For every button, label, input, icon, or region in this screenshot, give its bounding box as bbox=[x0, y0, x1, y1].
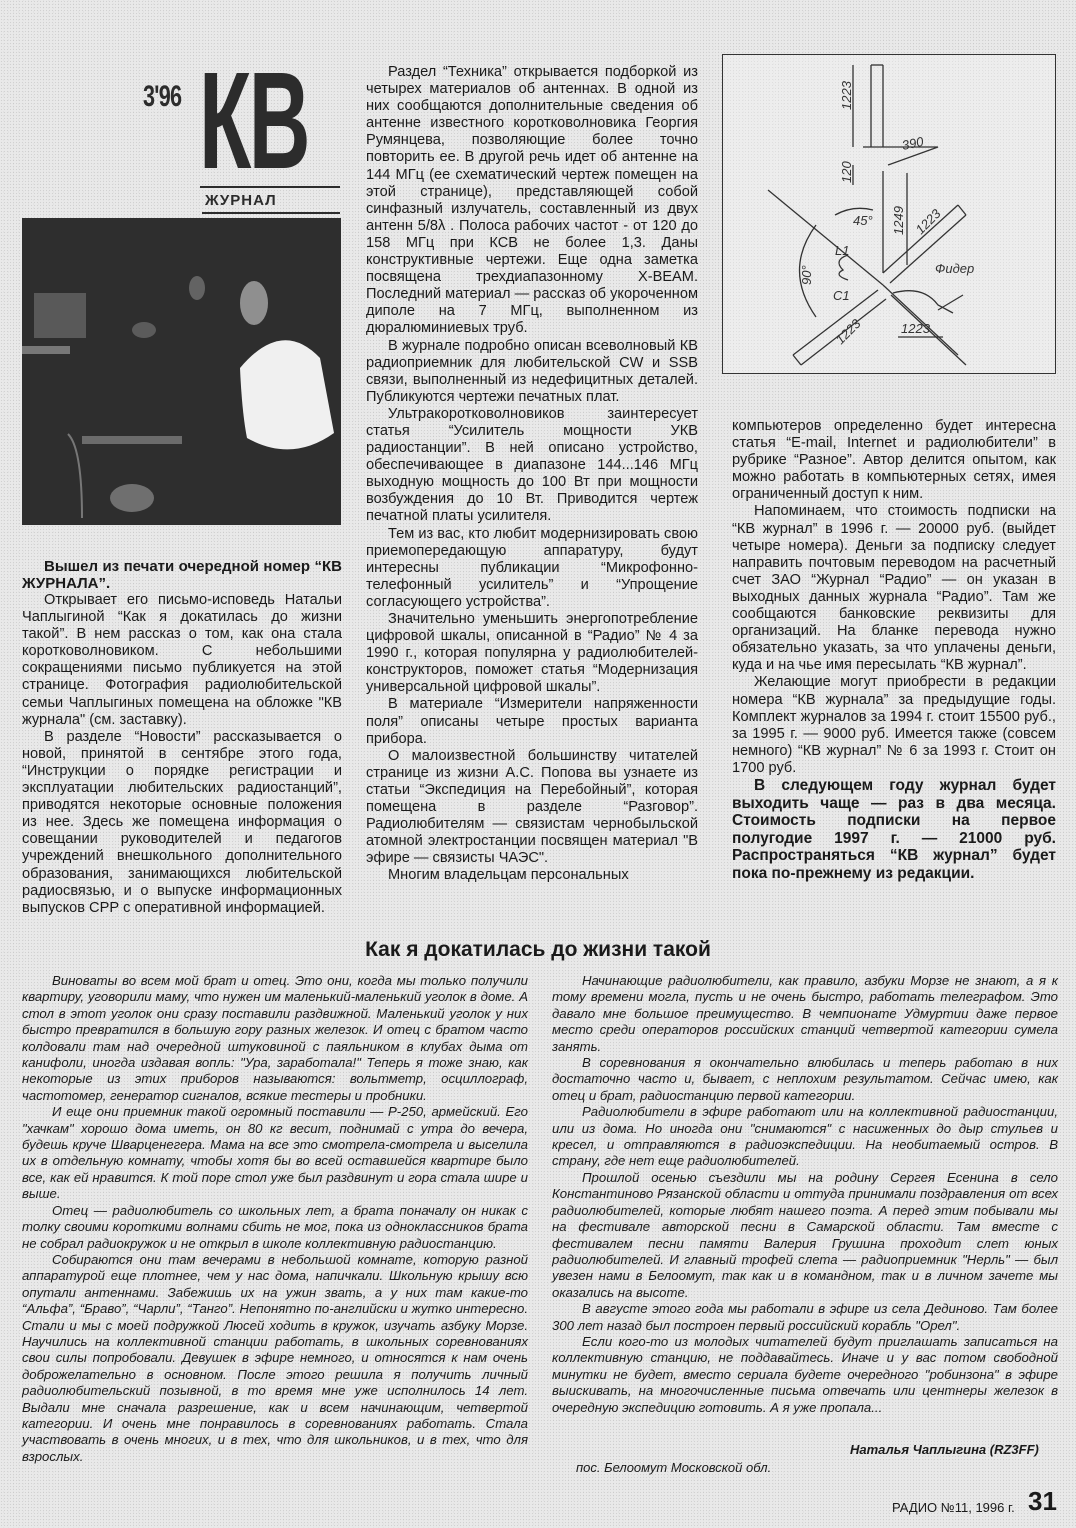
cover-photo bbox=[22, 218, 341, 525]
dim-lower-right-arm: 1223 bbox=[901, 321, 931, 336]
left-column: Вышел из печати очередной номер “КВ ЖУРН… bbox=[22, 558, 342, 917]
photo-illustration bbox=[22, 218, 341, 525]
paragraph: Если кого-то из молодых читателей будут … bbox=[552, 1334, 1058, 1416]
middle-column: Раздел “Техника” открывается подборкой и… bbox=[366, 64, 698, 885]
dim-stub: 390 bbox=[901, 134, 926, 153]
label-l1: L1 bbox=[835, 243, 849, 258]
announcement-bold: В следующем году журнал будет выходить ч… bbox=[732, 777, 1056, 883]
magazine-subtitle: ЖУРНАЛ bbox=[205, 192, 277, 209]
paragraph: В материале “Измерители напряженности по… bbox=[366, 696, 698, 747]
masthead-rule-top bbox=[200, 186, 340, 188]
paragraph: Открывает его письмо-исповедь Натальи Ча… bbox=[22, 592, 342, 729]
paragraph: Собираются они там вечерами в небольшой … bbox=[22, 1252, 528, 1465]
author-location: пос. Белоомут Московской обл. bbox=[576, 1460, 771, 1475]
paragraph: О малоизвестной большинству читателей ст… bbox=[366, 748, 698, 868]
paragraph: В соревнования я окончательно влюбилась … bbox=[552, 1055, 1058, 1104]
dim-gap: 120 bbox=[839, 161, 854, 183]
article-title: Как я докатилась до жизни такой bbox=[0, 938, 1076, 962]
paragraph: Напоминаем, что стоимость подписки на “К… bbox=[732, 503, 1056, 674]
paragraph: В журнале подробно описан всеволновый КВ… bbox=[366, 338, 698, 406]
label-feeder: Фидер bbox=[935, 261, 974, 276]
paragraph: Отец — радиолюбитель со школьных лет, а … bbox=[22, 1203, 528, 1252]
issue-number: 3'96 bbox=[143, 80, 181, 114]
paragraph: В августе этого года мы работали в эфире… bbox=[552, 1301, 1058, 1334]
author-signature: Наталья Чаплыгина (RZ3FF) bbox=[850, 1442, 1039, 1457]
paragraph: Значительно уменьшить энергопотребление … bbox=[366, 611, 698, 696]
paragraph: Виноваты во всем мой брат и отец. Это он… bbox=[22, 973, 528, 1104]
antenna-diagram: 1223 390 120 1249 1223 45° 90° L1 C1 Фид… bbox=[722, 54, 1056, 374]
footer-publication: РАДИО №11, 1996 г. bbox=[892, 1500, 1015, 1515]
paragraph: В разделе “Новости” рассказывается о нов… bbox=[22, 729, 342, 917]
article-left-column: Виноваты во всем мой брат и отец. Это он… bbox=[22, 973, 528, 1465]
label-c1: C1 bbox=[833, 288, 850, 303]
page-number: 31 bbox=[1028, 1486, 1057, 1517]
dim-feed-height: 1249 bbox=[891, 206, 906, 235]
dim-top-length: 1223 bbox=[839, 80, 854, 110]
paragraph: Прошлой осенью съездили мы на родину Сер… bbox=[552, 1170, 1058, 1301]
paragraph: Раздел “Техника” открывается подборкой и… bbox=[366, 64, 698, 338]
masthead-rule-bottom bbox=[202, 212, 340, 214]
paragraph: Ультракоротковолновиков заинтересует ста… bbox=[366, 406, 698, 526]
paragraph: Многим владельцам персональных bbox=[366, 867, 698, 884]
article-right-column: Начинающие радиолюбители, как правило, а… bbox=[552, 973, 1058, 1416]
magazine-logo: КВ bbox=[199, 66, 308, 176]
antenna-drawing: 1223 390 120 1249 1223 45° 90° L1 C1 Фид… bbox=[723, 55, 1055, 373]
paragraph: Начинающие радиолюбители, как правило, а… bbox=[552, 973, 1058, 1055]
right-column: компьютеров определенно будет интересна … bbox=[732, 418, 1056, 883]
paragraph: Желающие могут приобрести в редакции ном… bbox=[732, 674, 1056, 777]
paragraph: Радиолюбители в эфире работают или на ко… bbox=[552, 1104, 1058, 1170]
angle-45: 45° bbox=[853, 213, 873, 228]
paragraph: И еще они приемник такой огромный постав… bbox=[22, 1104, 528, 1202]
announcement-lead: Вышел из печати очередной номер “КВ ЖУРН… bbox=[22, 558, 342, 592]
paragraph: компьютеров определенно будет интересна … bbox=[732, 418, 1056, 503]
angle-90: 90° bbox=[799, 265, 814, 285]
paragraph: Тем из вас, кто любит модернизировать св… bbox=[366, 526, 698, 611]
